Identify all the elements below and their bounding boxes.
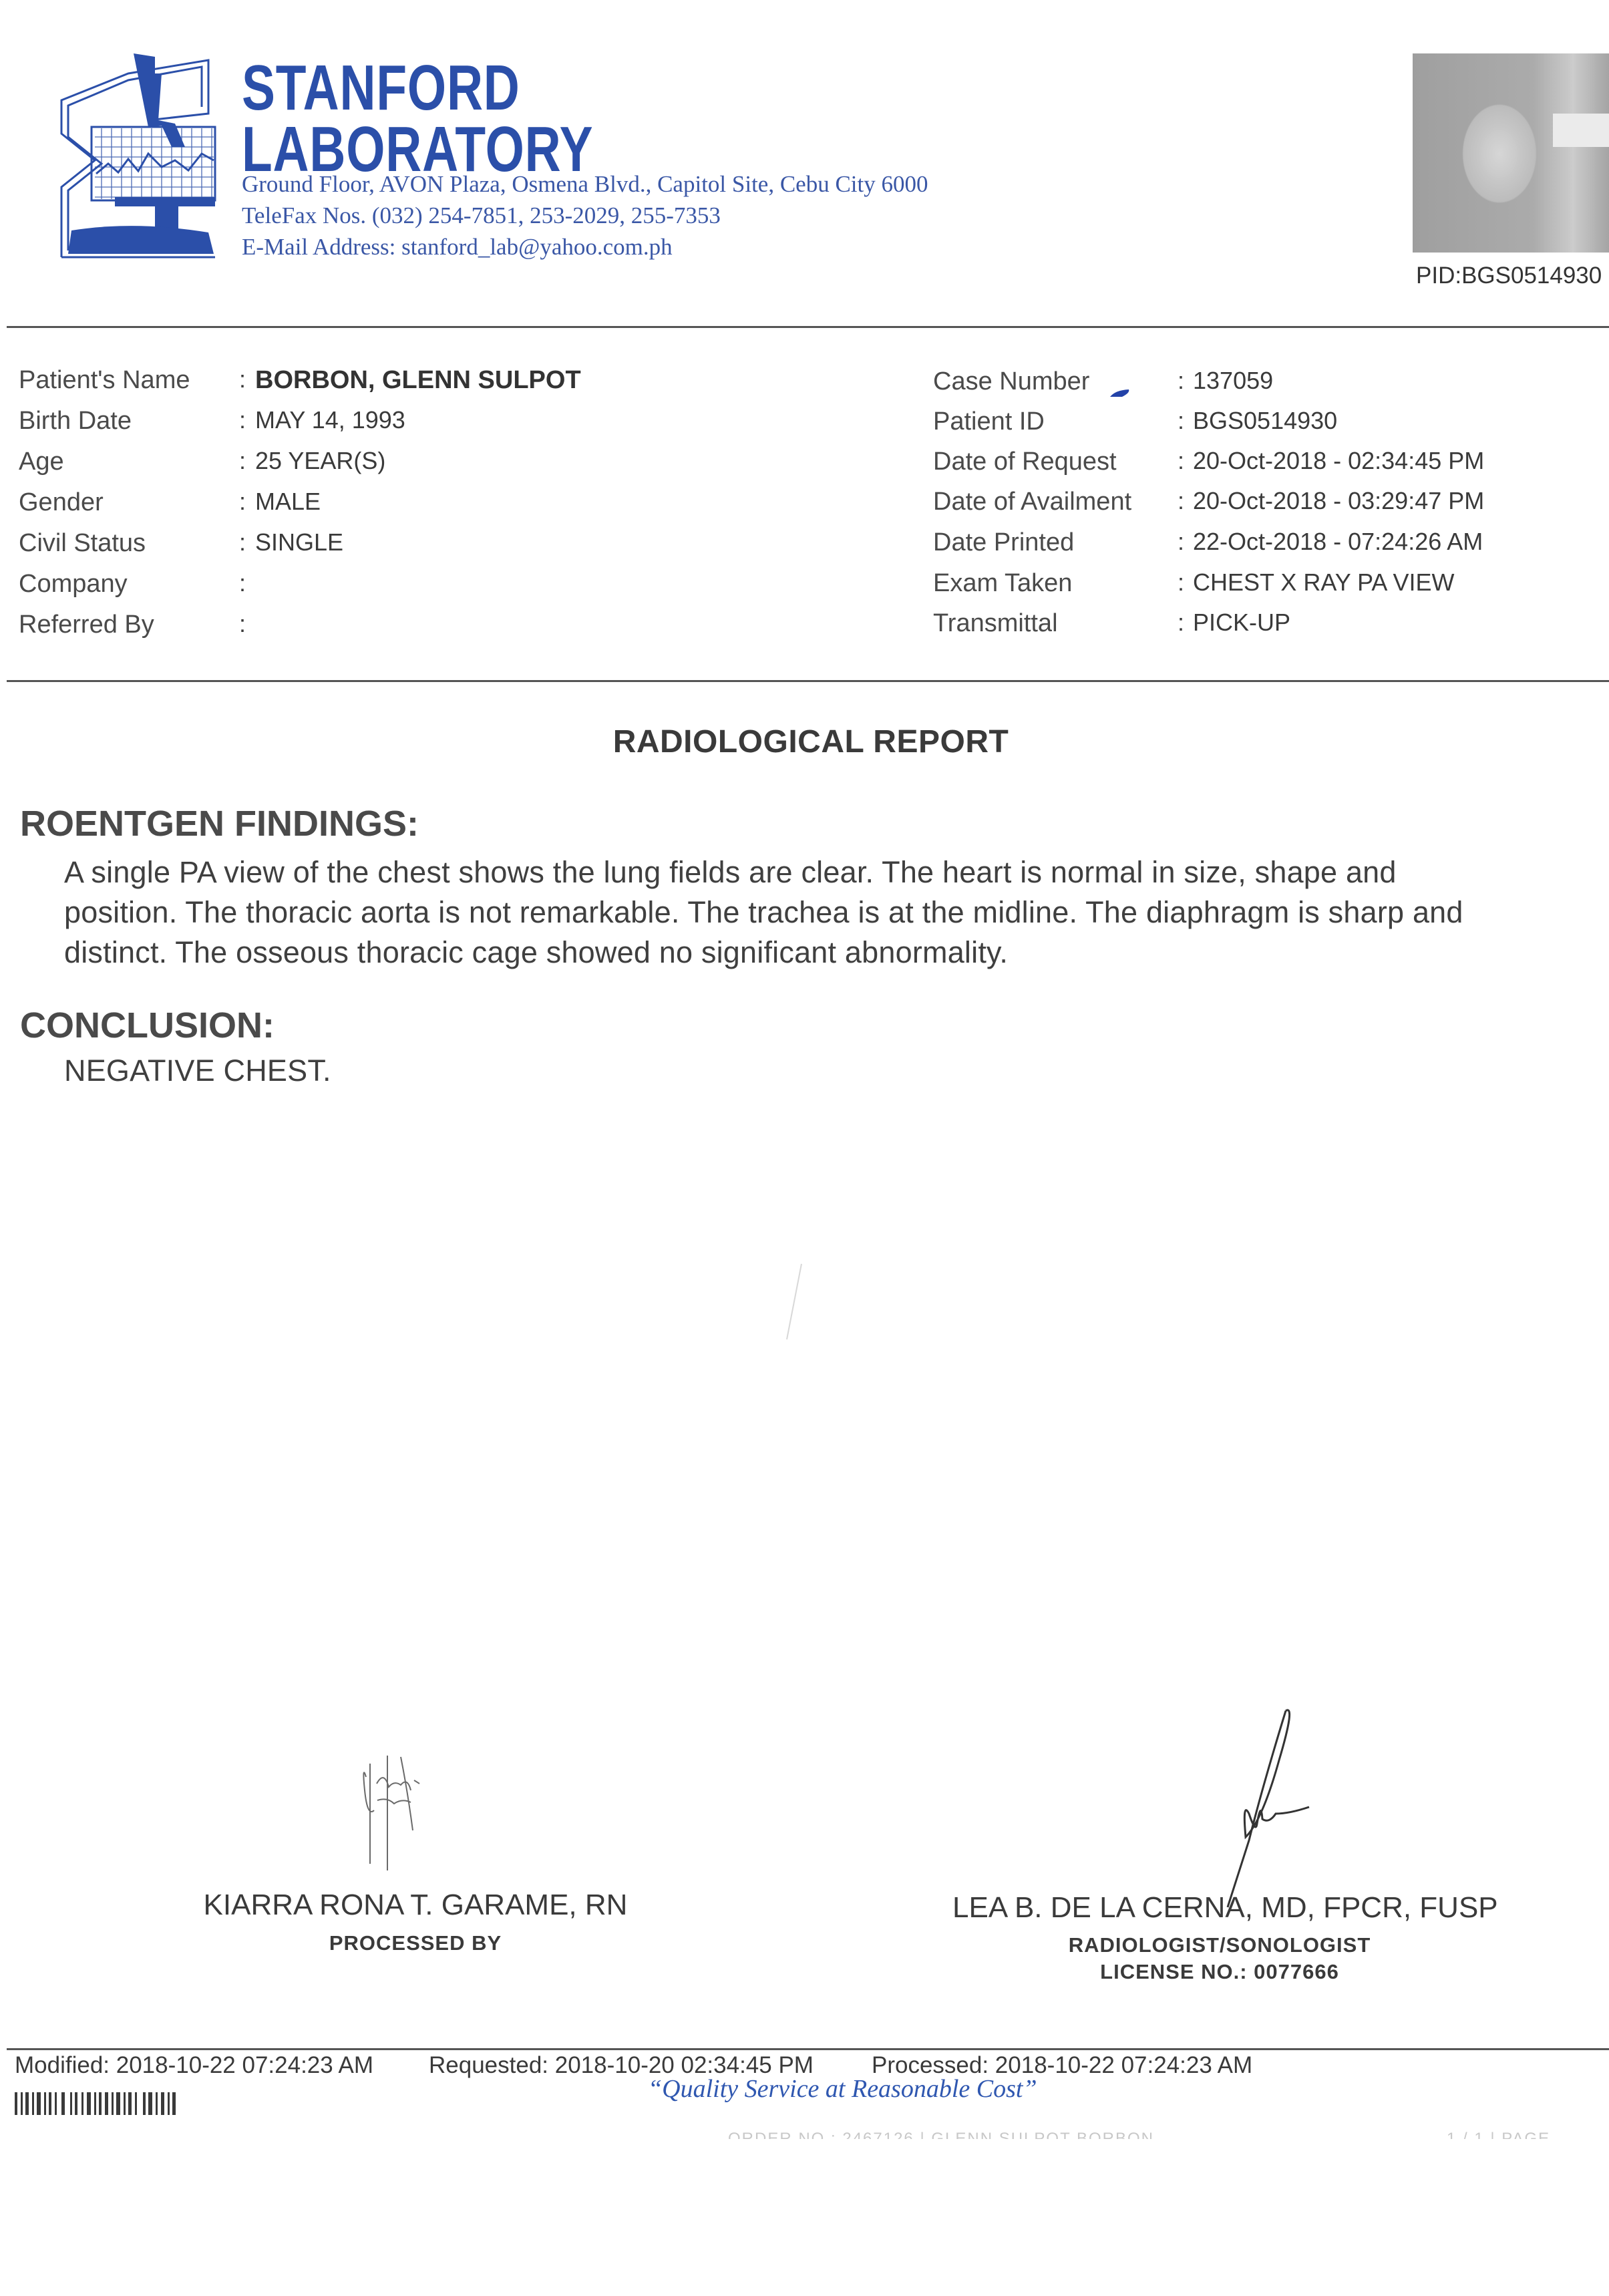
findings-line-3: distinct. The osseous thoracic cage show… bbox=[64, 937, 1008, 967]
label-date-printed: Date Printed bbox=[933, 530, 1074, 555]
label-patient-id: Patient ID bbox=[933, 409, 1045, 434]
order-line-clipped: ORDER NO.: 2467126 | GLENN SULPOT BORBON bbox=[728, 2130, 1154, 2139]
label-referred-by: Referred By bbox=[19, 612, 154, 637]
value-birth-date: MAY 14, 1993 bbox=[255, 408, 405, 432]
lab-telefax: TeleFax Nos. (032) 254-7851, 253-2029, 2… bbox=[242, 204, 721, 227]
sep: : bbox=[239, 449, 246, 473]
value-patient-name: BORBON, GLENN SULPOT bbox=[255, 367, 581, 393]
radiologist-license: LICENSE NO.: 0077666 bbox=[952, 1961, 1487, 1982]
patient-pid: PID:BGS0514930 bbox=[1416, 263, 1602, 289]
sep: : bbox=[239, 571, 246, 595]
sep: : bbox=[1178, 369, 1184, 393]
processor-role: PROCESSED BY bbox=[148, 1933, 683, 1953]
value-age: 25 YEAR(S) bbox=[255, 449, 385, 473]
value-gender: MALE bbox=[255, 490, 321, 514]
radiologist-signature bbox=[1216, 1707, 1356, 1914]
scan-mark bbox=[781, 1263, 808, 1343]
label-case-number: Case Number bbox=[933, 369, 1089, 394]
conclusion-text: NEGATIVE CHEST. bbox=[64, 1055, 331, 1086]
label-patient-name: Patient's Name bbox=[19, 367, 190, 393]
sep: : bbox=[1178, 449, 1184, 473]
label-date-of-request: Date of Request bbox=[933, 449, 1117, 474]
value-date-of-availment: 20-Oct-2018 - 03:29:47 PM bbox=[1193, 489, 1484, 513]
value-patient-id: BGS0514930 bbox=[1193, 409, 1337, 433]
label-company: Company bbox=[19, 571, 128, 597]
label-transmittal: Transmittal bbox=[933, 611, 1058, 636]
label-civil-status: Civil Status bbox=[19, 530, 146, 556]
label-birth-date: Birth Date bbox=[19, 408, 132, 434]
barcode-icon bbox=[15, 2092, 182, 2115]
value-civil-status: SINGLE bbox=[255, 530, 343, 554]
label-gender: Gender bbox=[19, 490, 104, 515]
processor-name: KIARRA RONA T. GARAME, RN bbox=[148, 1891, 683, 1920]
value-transmittal: PICK-UP bbox=[1193, 611, 1290, 635]
sep: : bbox=[1178, 611, 1184, 635]
sep: : bbox=[1178, 570, 1184, 595]
label-date-of-availment: Date of Availment bbox=[933, 489, 1131, 514]
ink-mark-icon bbox=[1109, 387, 1131, 399]
sep: : bbox=[239, 490, 246, 514]
footer-modified: Modified: 2018-10-22 07:24:23 AM bbox=[15, 2054, 373, 2077]
value-case-number: 137059 bbox=[1193, 369, 1273, 393]
conclusion-heading: CONCLUSION: bbox=[20, 1007, 275, 1043]
findings-line-1: A single PA view of the chest shows the … bbox=[64, 857, 1397, 887]
sep: : bbox=[239, 408, 246, 432]
value-exam-taken: CHEST X RAY PA VIEW bbox=[1193, 570, 1454, 595]
lab-tagline: “Quality Service at Reasonable Cost” bbox=[648, 2074, 1037, 2104]
footer-processed: Processed: 2018-10-22 07:24:23 AM bbox=[872, 2054, 1252, 2077]
value-date-printed: 22-Oct-2018 - 07:24:26 AM bbox=[1193, 530, 1483, 554]
lab-email: E-Mail Address: stanford_lab@yahoo.com.p… bbox=[242, 235, 673, 259]
patient-photo bbox=[1413, 53, 1609, 253]
report-title: RADIOLOGICAL REPORT bbox=[0, 723, 1609, 760]
label-exam-taken: Exam Taken bbox=[933, 570, 1072, 596]
radiologist-name: LEA B. DE LA CERNA, MD, FPCR, FUSP bbox=[952, 1893, 1487, 1923]
sep: : bbox=[1178, 489, 1184, 513]
footer-requested: Requested: 2018-10-20 02:34:45 PM bbox=[429, 2054, 814, 2077]
lab-address: Ground Floor, AVON Plaza, Osmena Blvd., … bbox=[242, 172, 928, 196]
sep: : bbox=[239, 612, 246, 636]
findings-line-2: position. The thoracic aorta is not rema… bbox=[64, 897, 1463, 927]
processor-signature bbox=[347, 1750, 468, 1870]
label-age: Age bbox=[19, 449, 64, 474]
radiologist-role: RADIOLOGIST/SONOLOGIST bbox=[952, 1935, 1487, 1955]
sep: : bbox=[239, 530, 246, 554]
sep: : bbox=[1178, 530, 1184, 554]
findings-heading: ROENTGEN FINDINGS: bbox=[20, 806, 419, 842]
header-divider bbox=[7, 326, 1609, 328]
sep: : bbox=[239, 367, 246, 391]
value-date-of-request: 20-Oct-2018 - 02:34:45 PM bbox=[1193, 449, 1484, 473]
sep: : bbox=[1178, 409, 1184, 433]
lab-name-line1: STANFORD bbox=[242, 56, 520, 120]
page-line-clipped: 1 / 1 | PAGE bbox=[1447, 2130, 1550, 2139]
info-divider bbox=[7, 680, 1609, 682]
stanford-laboratory-logo bbox=[55, 53, 222, 262]
footer-divider bbox=[7, 2048, 1609, 2050]
